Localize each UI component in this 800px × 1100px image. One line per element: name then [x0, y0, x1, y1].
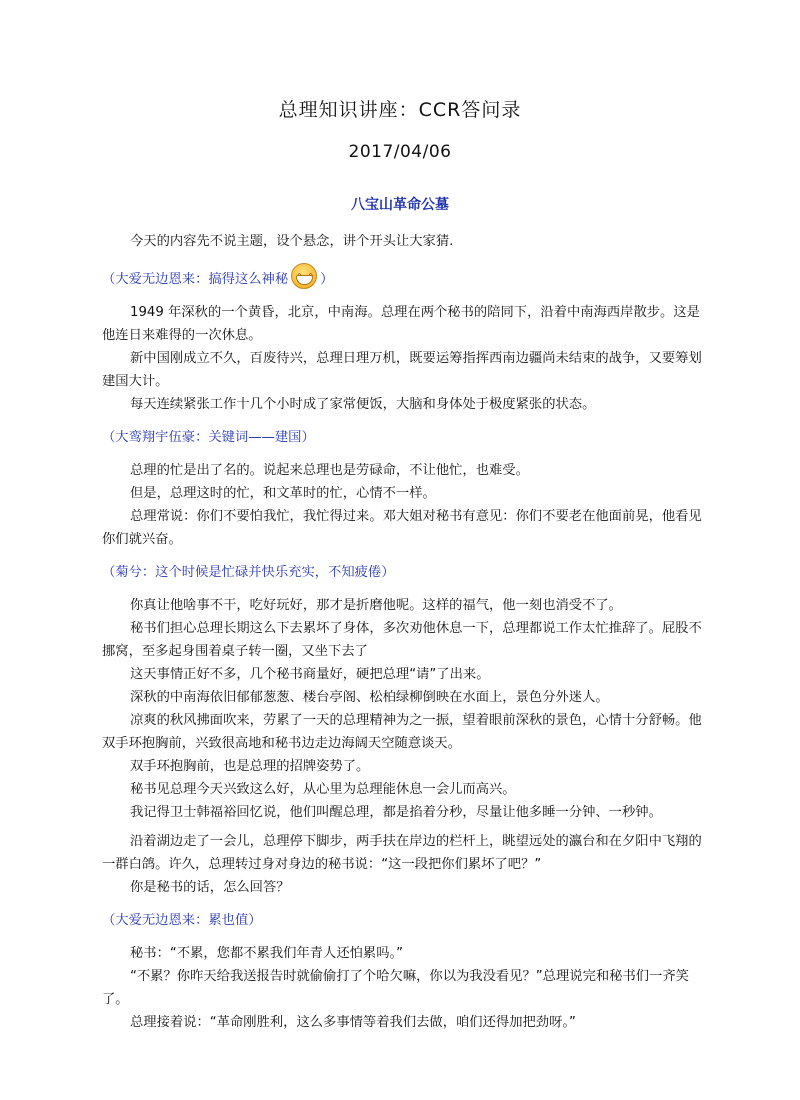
paragraph: 总理常说：你们不要怕我忙，我忙得过来。邓大姐对秘书有意见：你们不要老在他面前晃，…: [102, 505, 702, 551]
paragraph: 1949 年深秋的一个黄昏，北京，中南海。总理在两个秘书的陪同下，沿着中南海西岸…: [102, 301, 702, 347]
paragraph: 沿着湖边走了一会儿，总理停下脚步，两手扶在岸边的栏杆上，眺望远处的瀛台和在夕阳中…: [102, 830, 702, 876]
grin-emoji-icon: [291, 263, 317, 289]
comment-1: （大爱无边恩来：搞得这么神秘）: [102, 263, 702, 291]
paragraph: 秘书见总理今天兴致这么好，从心里为总理能休息一会儿而高兴。: [102, 778, 702, 801]
paragraph: 凉爽的秋风拂面吹来，劳累了一天的总理精神为之一振，望着眼前深秋的景色，心情十分舒…: [102, 709, 702, 755]
paragraph: 深秋的中南海依旧郁郁葱葱、楼台亭阁、松柏绿柳倒映在水面上，景色分外迷人。: [102, 686, 702, 709]
article-body: 今天的内容先不说主题，设个悬念，讲个开头让大家猜. （大爱无边恩来：搞得这么神秘…: [102, 230, 702, 1034]
comment-1-text: （大爱无边恩来：搞得这么神秘: [102, 272, 288, 287]
document-title: 总理知识讲座：CCR答问录: [0, 95, 800, 122]
paragraph: 这天事情正好不多，几个秘书商量好，硬把总理“请”了出来。: [102, 663, 702, 686]
comment-2: （大鸾翔宇伍豪：关键词——建国）: [102, 426, 702, 449]
comment-3: （菊兮：这个时候是忙碌并快乐充实，不知疲倦）: [102, 561, 702, 584]
paragraph: 我记得卫士韩福裕回忆说，他们叫醒总理，都是掐着分秒，尽量让他多睡一分钟、一秒钟。: [102, 801, 702, 824]
comment-1-close: ）: [320, 272, 333, 287]
document-date: 2017/04/06: [0, 142, 800, 162]
paragraph: 双手环抱胸前，也是总理的招牌姿势了。: [102, 755, 702, 778]
paragraph: 秘书：“不累，您都不累我们年青人还怕累吗。”: [102, 942, 702, 965]
paragraph: “不累？你昨天给我送报告时就偷偷打了个哈欠嘛，你以为我没看见？”总理说完和秘书们…: [102, 965, 702, 1011]
comment-4: （大爱无边恩来：累也值）: [102, 909, 702, 932]
paragraph: 总理的忙是出了名的。说起来总理也是劳碌命，不让他忙，也难受。: [102, 459, 702, 482]
paragraph: 但是，总理这时的忙，和文革时的忙，心情不一样。: [102, 482, 702, 505]
section-subtitle: 八宝山革命公墓: [0, 194, 800, 214]
paragraph: 你真让他啥事不干，吃好玩好，那才是折磨他呢。这样的福气，他一刻也消受不了。: [102, 594, 702, 617]
paragraph: 总理接着说：“革命刚胜利，这么多事情等着我们去做，咱们还得加把劲呀。”: [102, 1011, 702, 1034]
paragraph: 每天连续紧张工作十几个小时成了家常便饭，大脑和身体处于极度紧张的状态。: [102, 393, 702, 416]
paragraph: 新中国刚成立不久，百废待兴，总理日理万机，既要运筹指挥西南边疆尚未结束的战争，又…: [102, 347, 702, 393]
paragraph: 你是秘书的话，怎么回答？: [102, 876, 702, 899]
document-page: 总理知识讲座：CCR答问录 2017/04/06 八宝山革命公墓 今天的内容先不…: [0, 0, 800, 1100]
paragraph-intro: 今天的内容先不说主题，设个悬念，讲个开头让大家猜.: [102, 230, 702, 253]
paragraph: 秘书们担心总理长期这么下去累坏了身体，多次劝他休息一下，总理都说工作太忙推辞了。…: [102, 617, 702, 663]
